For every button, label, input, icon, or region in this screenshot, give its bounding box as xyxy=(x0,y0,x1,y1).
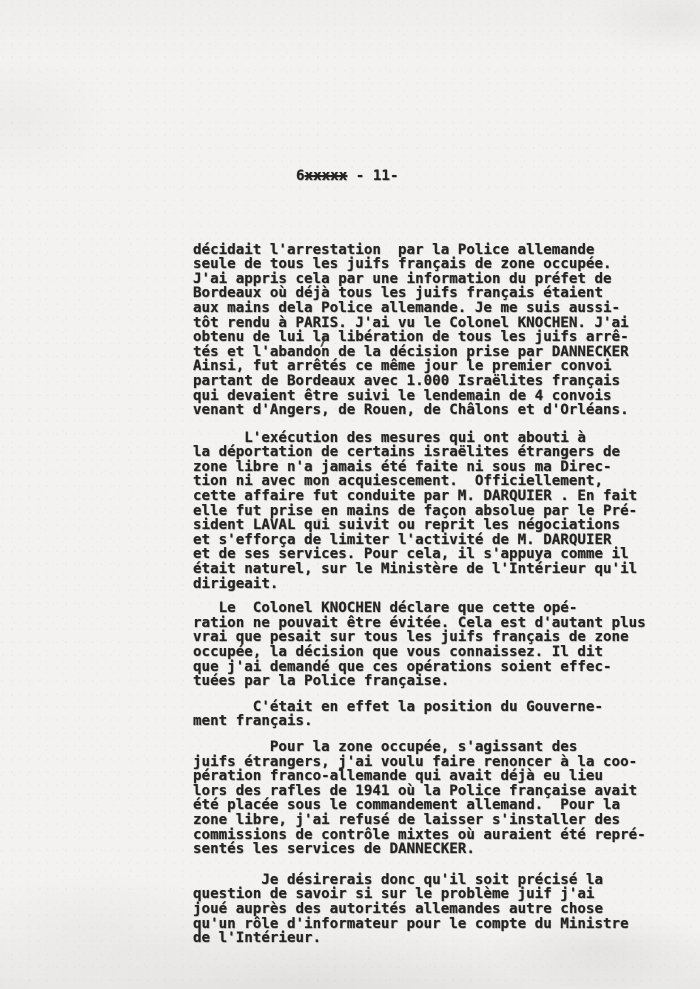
text-line: zone libre, j'ai refusé de laisser s'ins… xyxy=(193,813,653,828)
text-line: commissions de contrôle mixtes où auraie… xyxy=(193,828,653,843)
text-line: tôt rendu à PARIS. J'ai vu le Colonel KN… xyxy=(193,316,653,331)
text-line: qui devaient être suivi le lendemain de … xyxy=(193,389,653,404)
paragraphs-container: décidait l'arrestation par la Police all… xyxy=(193,243,653,946)
paragraph-je-desirerais: Je désirerais donc qu'il soit précisé la… xyxy=(193,873,653,946)
text-line: occupée, la décision que vous connaissez… xyxy=(193,645,653,660)
text-line: était naturel, sur le Ministère de l'Int… xyxy=(193,562,653,577)
page-number: - 11- xyxy=(347,168,398,184)
text-line: Bordeaux où déjà tous les juifs français… xyxy=(193,286,653,301)
paragraph-knochen-declare: Le Colonel KNOCHEN déclare que cette opé… xyxy=(193,601,653,689)
text-line: que j'ai demandé que ces opérations soie… xyxy=(193,660,653,675)
text-line: obtenu de lui la libération de tous les … xyxy=(193,330,653,345)
paragraph-execution-des-mesures: L'exécution des mesures qui ont abouti à… xyxy=(193,431,653,592)
text-line: et de ses services. Pour cela, il s'appu… xyxy=(193,547,653,562)
text-line: tuées par la Police française. xyxy=(193,674,653,689)
text-line: sentés les services de DANNECKER. xyxy=(193,842,653,857)
text-line: dirigeait. xyxy=(193,577,653,592)
text-line: décidait l'arrestation par la Police all… xyxy=(193,243,653,258)
text-line: venant d'Angers, de Rouen, de Châlons et… xyxy=(193,403,653,418)
text-line: Pour la zone occupée, s'agissant des xyxy=(193,740,653,755)
correction-prefix: 6 xyxy=(296,168,305,184)
paragraph-position-gouvernement: C'était en effet la position du Gouverne… xyxy=(193,700,653,729)
text-line: cette affaire fut conduite par M. DARQUI… xyxy=(193,489,653,504)
text-line: pération franco-allemande qui avait déjà… xyxy=(193,769,653,784)
text-line: seule de tous les juifs français de zone… xyxy=(193,257,653,272)
text-line: de l'Intérieur. xyxy=(193,931,653,946)
text-line: Ainsi, fut arrêtés ce même jour le premi… xyxy=(193,359,653,374)
typewritten-text-block: 6xxxxx - 11- décidait l'arrestation par … xyxy=(193,140,653,975)
text-line: juifs étrangers, j'ai voulu faire renonc… xyxy=(193,755,653,770)
text-line: été placée sous le commandement allemand… xyxy=(193,798,653,813)
scanned-document-page: 6xxxxx - 11- décidait l'arrestation par … xyxy=(0,0,700,989)
text-line: joué auprès des autorités allemandes aut… xyxy=(193,902,653,917)
strikethrough-correction: xxxxx xyxy=(305,168,348,184)
text-line: la déportation de certains israëlites ét… xyxy=(193,445,653,460)
ink-speck-dot xyxy=(317,519,321,522)
text-line: tion ni avec mon acquiescement. Officiel… xyxy=(193,474,653,489)
text-line: question de savoir si sur le problème ju… xyxy=(193,887,653,902)
text-line: aux mains dela Police allemande. Je me s… xyxy=(193,301,653,316)
text-line: ment français. xyxy=(193,714,653,729)
text-line: Le Colonel KNOCHEN déclare que cette opé… xyxy=(193,601,653,616)
text-line: qu'un rôle d'informateur pour le compte … xyxy=(193,917,653,932)
text-line: vrai que pesait sur tous les juifs franç… xyxy=(193,630,653,645)
text-line: sident LAVAL qui suivit ou reprit les né… xyxy=(193,518,653,533)
text-line: partant de Bordeaux avec 1.000 Israëlite… xyxy=(193,374,653,389)
paragraph-zone-occupee: Pour la zone occupée, s'agissant desjuif… xyxy=(193,740,653,857)
page-header: 6xxxxx - 11- xyxy=(193,169,653,184)
paragraph-arrestation: décidait l'arrestation par la Police all… xyxy=(193,243,653,418)
